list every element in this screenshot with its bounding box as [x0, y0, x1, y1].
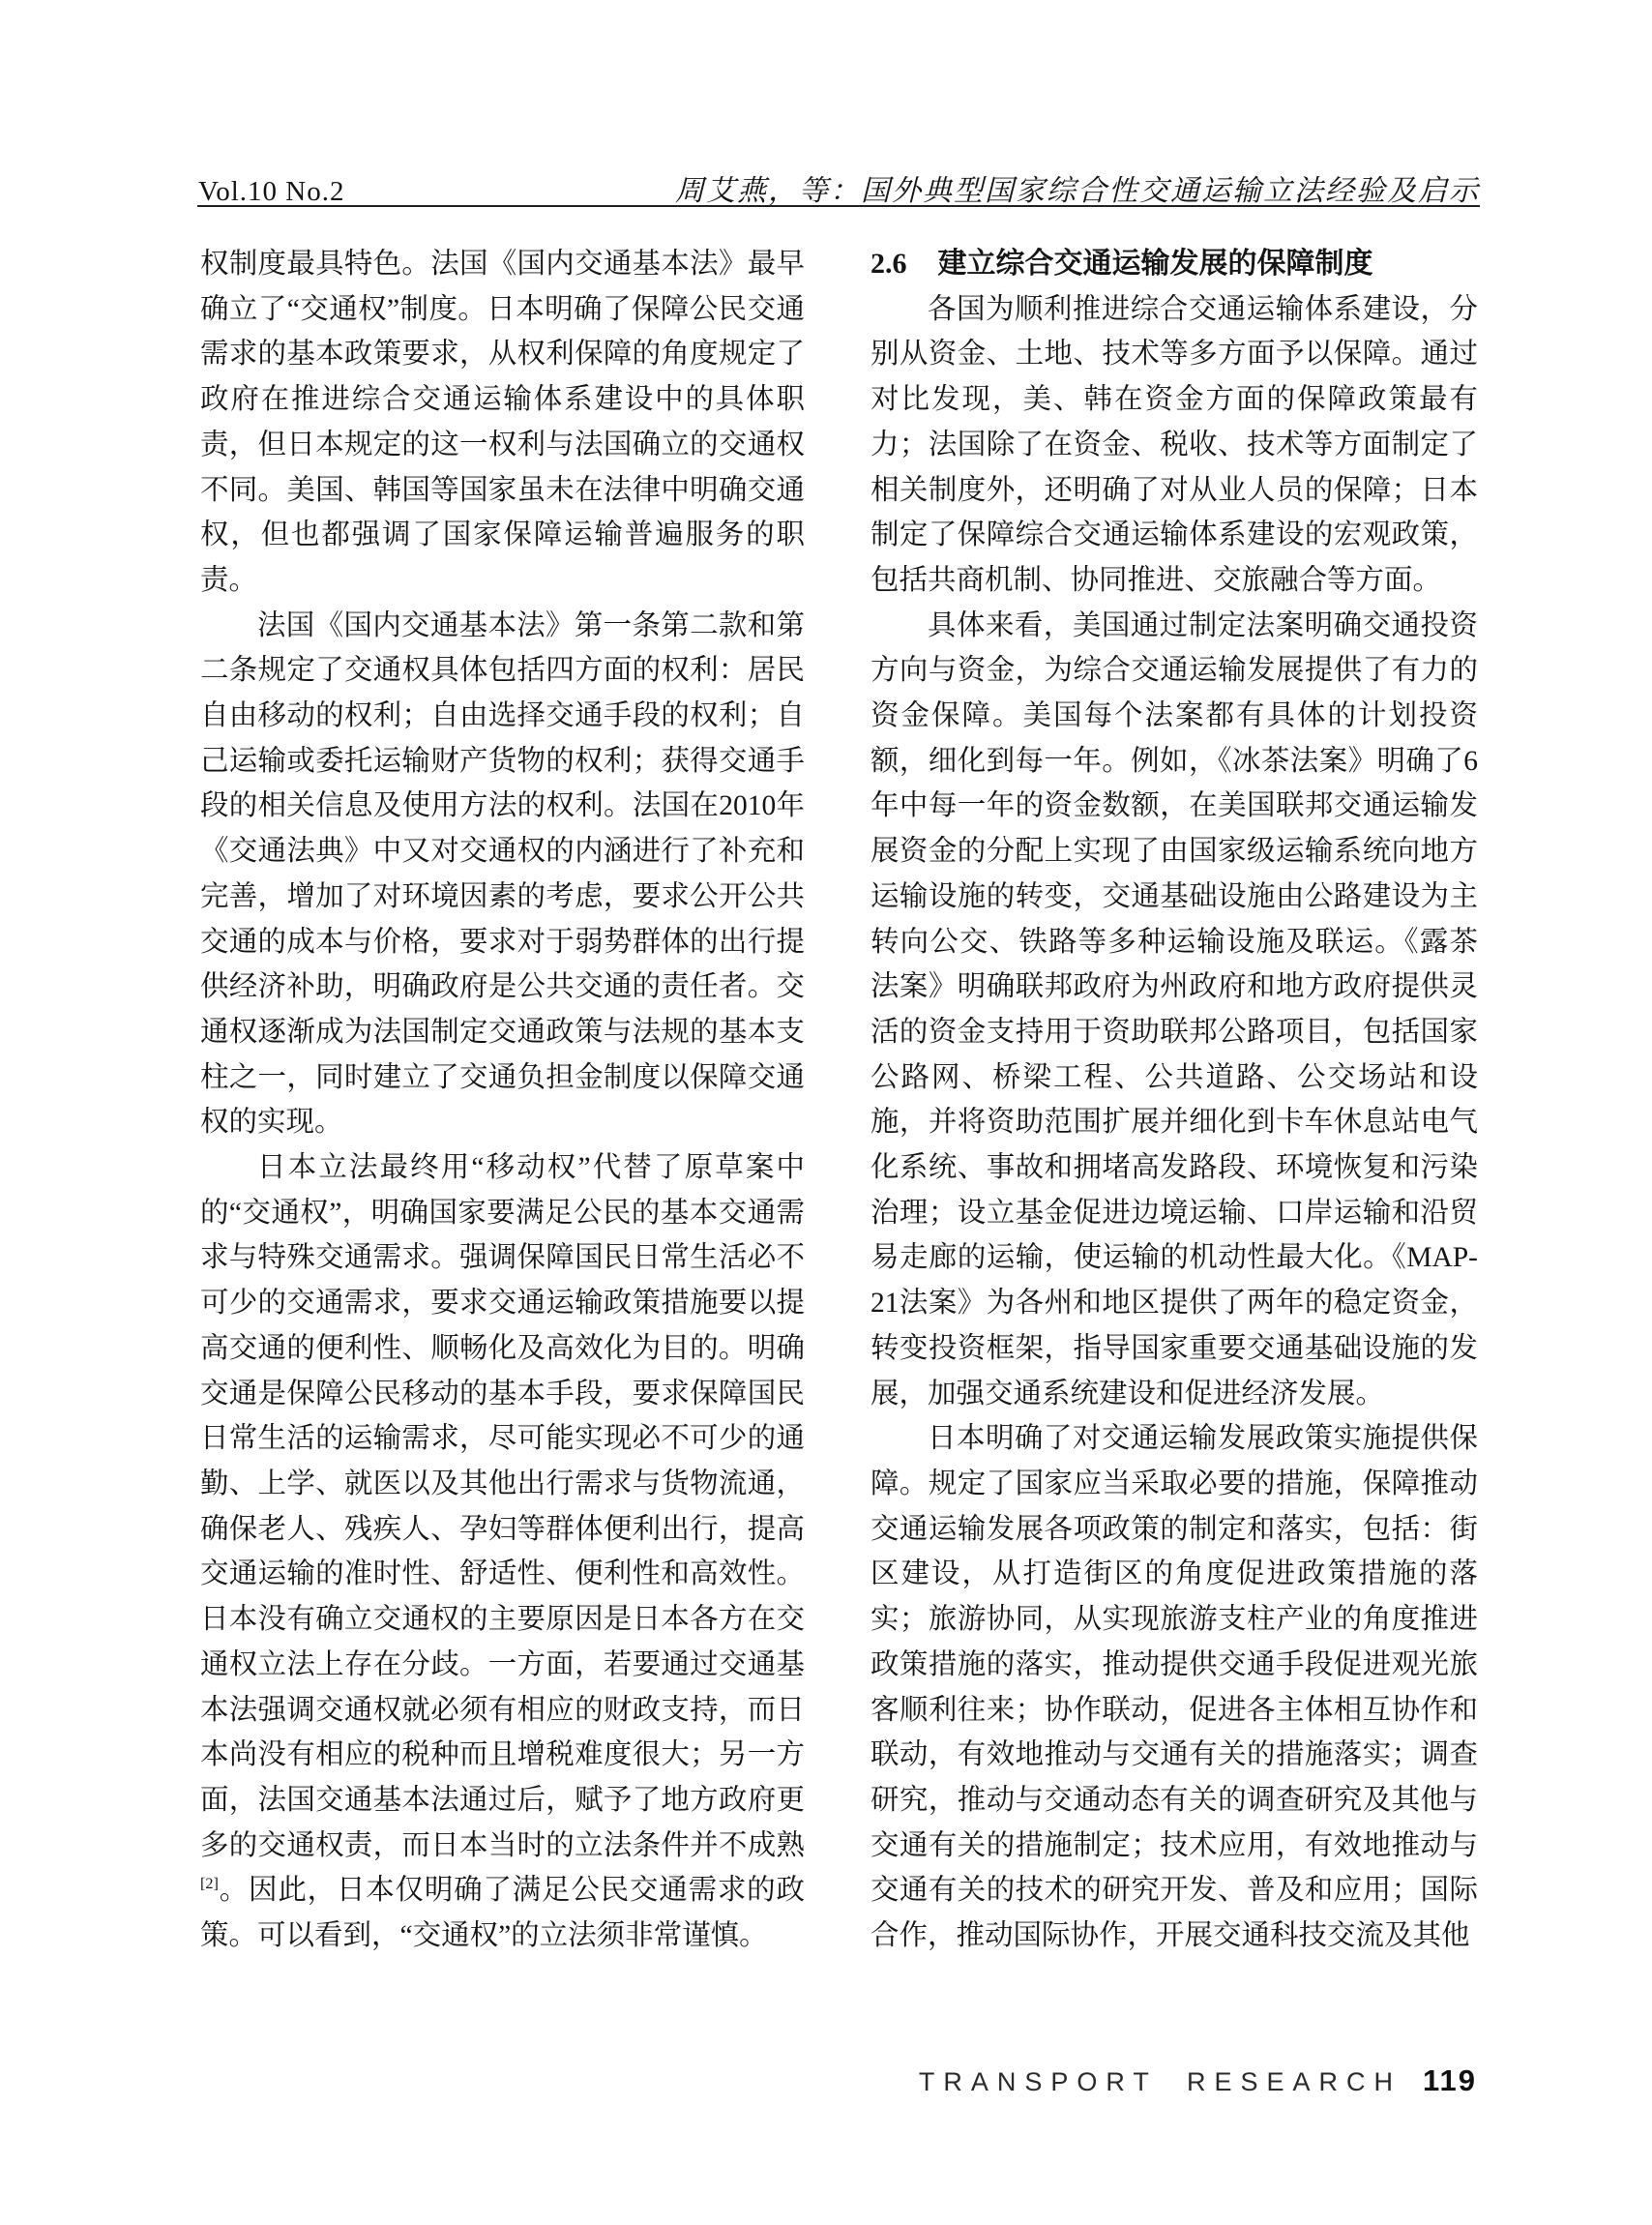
volume-issue-label: Vol.10 No.2: [198, 176, 344, 208]
section-title: 建立综合交通运输发展的保障制度: [938, 248, 1373, 280]
header-rule: [197, 205, 1480, 207]
right-paragraph-3: 日本明确了对交通运输发展政策实施提供保障。规定了国家应当采取必要的措施，保障推动…: [870, 1416, 1478, 1958]
footnote-reference: [2]: [200, 1875, 219, 1892]
right-column: 2.6建立综合交通运输发展的保障制度 各国为顺利推进综合交通运输体系建设，分别从…: [870, 242, 1478, 1959]
left-paragraph-3: 日本立法最终用“移动权”代替了原草案中的“交通权”，明确国家要满足公民的基本交通…: [200, 1145, 805, 1959]
left-paragraph-3-text: 日本立法最终用“移动权”代替了原草案中的“交通权”，明确国家要满足公民的基本交通…: [200, 1152, 805, 1861]
left-paragraph-1: 权制度最具特色。法国《国内交通基本法》最早确立了“交通权”制度。日本明确了保障公…: [200, 242, 805, 604]
journal-name: TRANSPORT RESEARCH: [919, 2067, 1401, 2097]
page-footer: TRANSPORT RESEARCH 119: [919, 2063, 1477, 2098]
right-paragraph-2: 具体来看，美国通过制定法案明确交通投资方向与资金，为综合交通运输发展提供了有力的…: [870, 604, 1478, 1417]
section-number: 2.6: [870, 248, 907, 280]
right-paragraph-1: 各国为顺利推进综合交通运输体系建设，分别从资金、土地、技术等多方面予以保障。通过…: [870, 287, 1478, 604]
page-header: Vol.10 No.2 周艾燕，等：国外典型国家综合性交通运输立法经验及启示: [198, 166, 1480, 209]
left-paragraph-3-continuation: 。因此，日本仅明确了满足公民交通需求的政策。可以看到，“交通权”的立法须非常谨慎…: [200, 1875, 805, 1951]
page-number: 119: [1423, 2063, 1477, 2098]
left-column: 权制度最具特色。法国《国内交通基本法》最早确立了“交通权”制度。日本明确了保障公…: [200, 242, 805, 1959]
running-title: 周艾燕，等：国外典型国家综合性交通运输立法经验及启示: [675, 166, 1480, 209]
left-paragraph-2: 法国《国内交通基本法》第一条第二款和第二条规定了交通权具体包括四方面的权利：居民…: [200, 604, 805, 1145]
journal-page: Vol.10 No.2 周艾燕，等：国外典型国家综合性交通运输立法经验及启示 权…: [0, 0, 1652, 2225]
section-heading: 2.6建立综合交通运输发展的保障制度: [870, 242, 1478, 287]
